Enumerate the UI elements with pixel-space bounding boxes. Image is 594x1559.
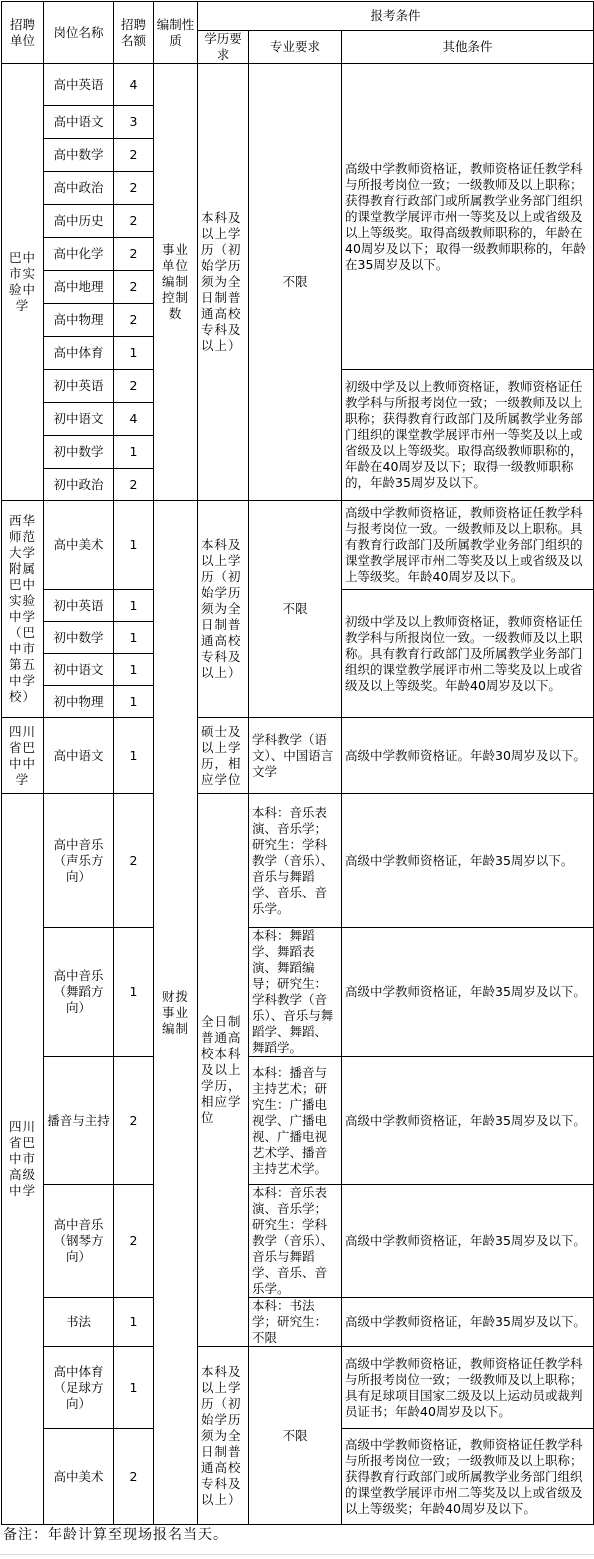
header-unit: 招聘单位	[2, 2, 44, 64]
education-cell: 本科及以上学历（初始学历须为全日制普通高校专科及以上）	[198, 1347, 249, 1525]
position-count: 1	[114, 590, 154, 622]
nature-cell: 事业单位编制控制数	[154, 64, 198, 501]
position-name: 初中英语	[44, 590, 114, 622]
position-name: 高中英语	[44, 64, 114, 106]
position-name: 初中语文	[44, 654, 114, 686]
table-row: 高中音乐（钢琴方向） 2 本科：音乐表演、音乐学；研究生：学科教学（音乐）、音乐…	[2, 1185, 594, 1298]
position-count: 2	[114, 238, 154, 271]
position-name: 高中地理	[44, 271, 114, 304]
position-name: 高中体育	[44, 337, 114, 370]
position-count: 2	[114, 1185, 154, 1298]
position-name: 高中美术	[44, 501, 114, 590]
position-count: 2	[114, 205, 154, 238]
position-count: 1	[114, 718, 154, 794]
table-row: 四川省巴中中学 高中语文 1 硕士及以上学历，相应学位 学科教学（语文）、中国语…	[2, 718, 594, 794]
table-row: 高中体育（足球方向） 1 本科及以上学历（初始学历须为全日制普通高校专科及以上）…	[2, 1347, 594, 1429]
position-count: 2	[114, 1429, 154, 1525]
position-count: 1	[114, 436, 154, 469]
position-count: 2	[114, 1057, 154, 1185]
major-cell: 本科：书法学；研究生：不限	[249, 1298, 342, 1347]
position-name: 高中体育（足球方向）	[44, 1347, 114, 1429]
position-count: 1	[114, 622, 154, 654]
position-name: 高中语文	[44, 106, 114, 139]
other-conditions-cell: 高级中学教师资格证，年龄35周岁及以下。	[342, 1185, 594, 1298]
header-education: 学历要求	[198, 31, 249, 64]
major-cell: 本科：播音与主持艺术；研究生：广播电视学、广播电视、广播电视艺术学、播音主持艺术…	[249, 1057, 342, 1185]
other-conditions-cell: 高级中学教师资格证，年龄35周岁及以下。	[342, 1298, 594, 1347]
position-name: 高中历史	[44, 205, 114, 238]
position-count: 1	[114, 337, 154, 370]
position-name: 初中语文	[44, 403, 114, 436]
position-count: 2	[114, 370, 154, 403]
table-row: 巴中市实验中学 高中英语 4 事业单位编制控制数 本科及以上学历（初始学历须为全…	[2, 64, 594, 106]
position-name: 高中数学	[44, 139, 114, 172]
header-count: 招聘名额	[114, 2, 154, 64]
major-cell: 本科：音乐表演、音乐学；研究生：学科教学（音乐）、音乐与舞蹈学、音乐、音乐学。	[249, 1185, 342, 1298]
position-count: 1	[114, 1298, 154, 1347]
major-cell: 学科教学（语文）、中国语言文学	[249, 718, 342, 794]
position-name: 初中物理	[44, 686, 114, 718]
unit-cell: 巴中市实验中学	[2, 64, 44, 501]
other-conditions-cell: 高级中学教师资格证，年龄35周岁及以下。	[342, 1057, 594, 1185]
position-name: 初中英语	[44, 370, 114, 403]
position-name: 高中音乐（舞蹈方向）	[44, 928, 114, 1057]
header-other: 其他条件	[342, 31, 594, 64]
other-conditions-cell: 初级中学及以上教师资格证，教师资格证任教学科与所报岗位一致。一级教师及以上职称。…	[342, 590, 594, 718]
position-count: 1	[114, 1347, 154, 1429]
position-name: 初中数学	[44, 436, 114, 469]
table-row: 四川省巴中市高级中学 高中音乐（声乐方向） 2 全日制普通高校本科及以上学历，相…	[2, 794, 594, 928]
unit-cell: 西华师范大学附属巴中实验中学（巴中市第五中学校）	[2, 501, 44, 718]
other-conditions-cell: 高级中学教师资格证，教师资格证任教学科与报考岗位一致。一级教师及以上职称。具有教…	[342, 501, 594, 590]
position-name: 高中音乐（钢琴方向）	[44, 1185, 114, 1298]
other-conditions-cell: 高级中学教师资格证。年龄30周岁及以下。	[342, 718, 594, 794]
header-position: 岗位名称	[44, 2, 114, 64]
position-count: 4	[114, 403, 154, 436]
other-conditions-cell: 高级中学教师资格证，教师资格证任教学科与所报考岗位一致；一级教师及以上职称；具有…	[342, 1347, 594, 1429]
position-name: 初中数学	[44, 622, 114, 654]
header-major: 专业要求	[249, 31, 342, 64]
position-count: 2	[114, 469, 154, 501]
major-cell: 本科：音乐表演、音乐学；研究生：学科教学（音乐）、音乐与舞蹈学、音乐、音乐学。	[249, 794, 342, 928]
other-conditions-cell: 高级中学教师资格证，教师资格证任教学科与所报考岗位一致；一级教师及以上职称；获得…	[342, 1429, 594, 1525]
position-count: 2	[114, 304, 154, 337]
position-count: 2	[114, 794, 154, 928]
major-cell: 不限	[249, 1347, 342, 1525]
unit-cell: 四川省巴中市高级中学	[2, 794, 44, 1525]
nature-cell: 财拨事业编制	[154, 501, 198, 1525]
position-name: 高中音乐（声乐方向）	[44, 794, 114, 928]
position-name: 高中政治	[44, 172, 114, 205]
position-count: 1	[114, 928, 154, 1057]
education-cell: 本科及以上学历（初始学历须为全日制普通高校专科及以上）	[198, 64, 249, 501]
other-conditions-cell: 高级中学教师资格证，教师资格证任教学科与所报考岗位一致；一级教师及以上职称；获得…	[342, 64, 594, 370]
divider	[0, 1554, 594, 1555]
position-count: 2	[114, 172, 154, 205]
table-row: 西华师范大学附属巴中实验中学（巴中市第五中学校） 高中美术 1 财拨事业编制 本…	[2, 501, 594, 590]
position-name: 播音与主持	[44, 1057, 114, 1185]
position-name: 初中政治	[44, 469, 114, 501]
education-cell: 本科及以上学历（初始学历须为全日制普通高校专科及以上）	[198, 501, 249, 718]
position-name: 高中化学	[44, 238, 114, 271]
major-cell: 不限	[249, 64, 342, 501]
header-conditions: 报考条件	[198, 2, 594, 31]
position-count: 1	[114, 686, 154, 718]
unit-cell: 四川省巴中中学	[2, 718, 44, 794]
position-name: 书法	[44, 1298, 114, 1347]
position-name: 高中物理	[44, 304, 114, 337]
table-row: 播音与主持 2 本科：播音与主持艺术；研究生：广播电视学、广播电视、广播电视艺术…	[2, 1057, 594, 1185]
major-cell: 本科：舞蹈学、舞蹈表演、舞蹈编导；研究生：学科教学（音乐）、音乐与舞蹈学、舞蹈、…	[249, 928, 342, 1057]
footnote: 备注：年龄计算至现场报名当天。	[3, 1524, 228, 1544]
major-cell: 不限	[249, 501, 342, 718]
position-count: 2	[114, 271, 154, 304]
position-count: 1	[114, 501, 154, 590]
header-nature: 编制性质	[154, 2, 198, 64]
position-count: 2	[114, 139, 154, 172]
other-conditions-cell: 初级中学及以上教师资格证，教师资格证任教学科与所报考岗位一致；一级教师及以上职称…	[342, 370, 594, 501]
position-count: 3	[114, 106, 154, 139]
table-row: 高中音乐（舞蹈方向） 1 本科：舞蹈学、舞蹈表演、舞蹈编导；研究生：学科教学（音…	[2, 928, 594, 1057]
education-cell: 硕士及以上学历，相应学位	[198, 718, 249, 794]
education-cell: 全日制普通高校本科及以上学历，相应学位	[198, 794, 249, 1347]
other-conditions-cell: 高级中学教师资格证，年龄35周岁及以下。	[342, 928, 594, 1057]
table-row: 书法 1 本科：书法学；研究生：不限 高级中学教师资格证，年龄35周岁及以下。	[2, 1298, 594, 1347]
position-name: 高中美术	[44, 1429, 114, 1525]
position-count: 4	[114, 64, 154, 106]
position-count: 1	[114, 654, 154, 686]
position-name: 高中语文	[44, 718, 114, 794]
other-conditions-cell: 高级中学教师资格证，年龄35周岁以下。	[342, 794, 594, 928]
recruitment-table: 招聘单位 岗位名称 招聘名额 编制性质 报考条件 学历要求 专业要求 其他条件 …	[1, 1, 594, 1525]
